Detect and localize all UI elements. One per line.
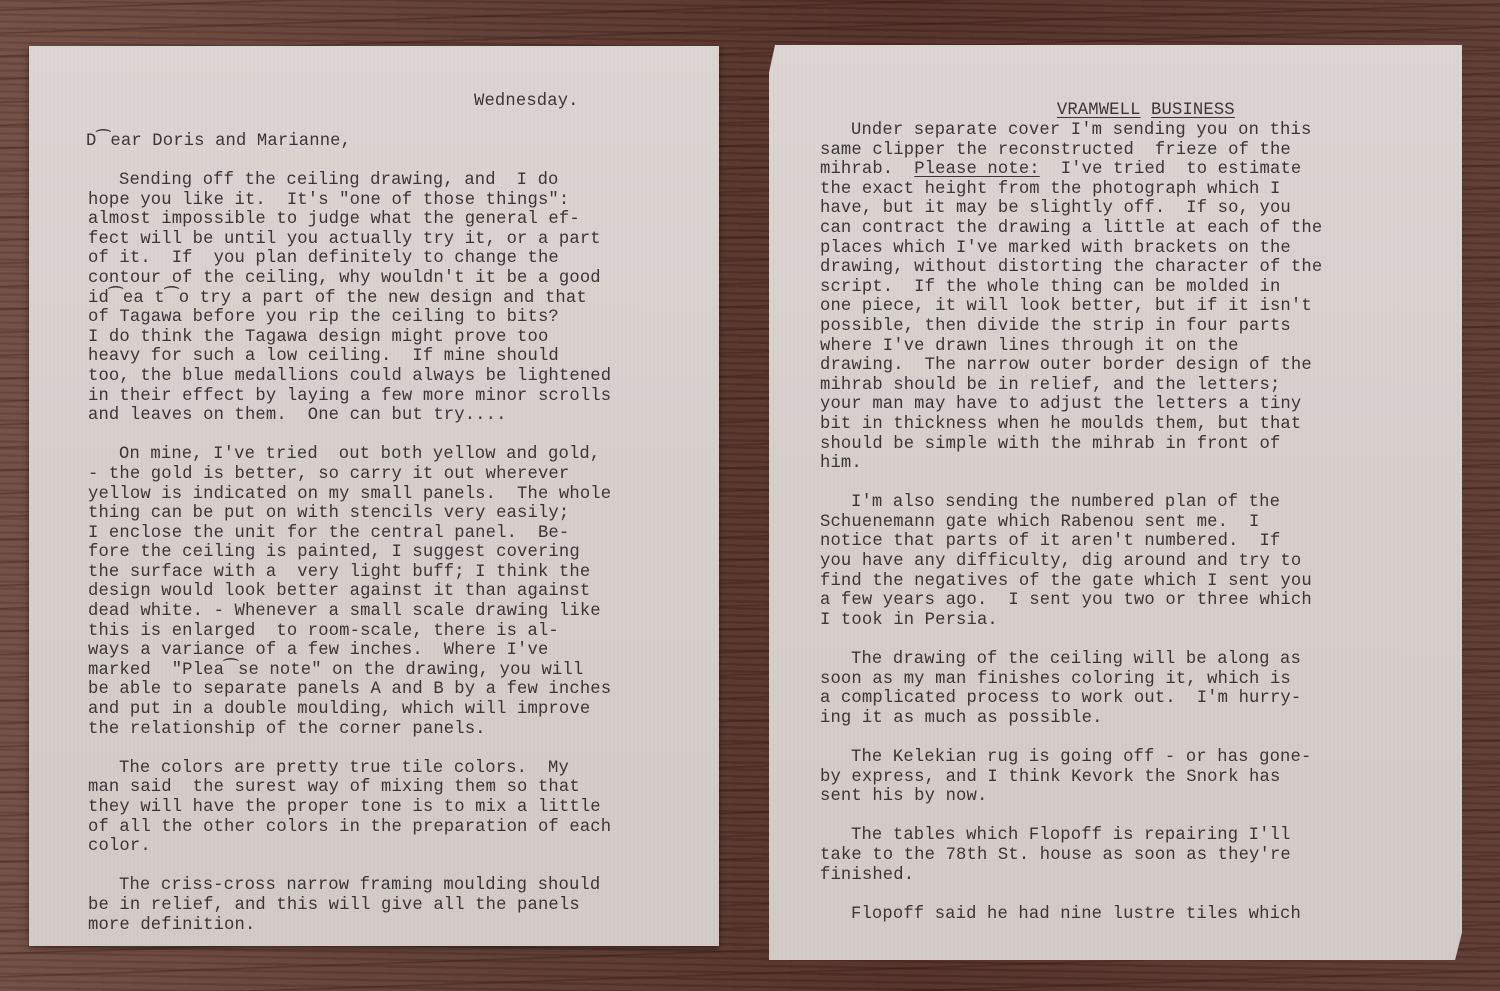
text-line: same clipper the reconstructed frieze of… [820,141,1450,161]
text-line: should be simple with the mihrab in fron… [820,435,1450,455]
text-line: your man may have to adjust the letters … [820,395,1450,415]
text-line: of it. If you plan definitely to change … [88,249,708,269]
text-line: drawing, without distorting the characte… [820,258,1450,278]
heading-word: BUSINESS [1151,101,1235,120]
text-line: take to the 78th St. house as soon as th… [820,846,1450,866]
text-line: man said the surest way of mixing them s… [88,778,708,798]
text-line: the surface with a very light buff; I th… [88,563,708,583]
text-line: yellow is indicated on my small panels. … [88,485,708,505]
text-line: id⁀ea t⁀o try a part of the new design a… [88,289,708,309]
text-line: marked "Plea⁀se note" on the drawing, yo… [88,661,708,681]
text-line: and leaves on them. One can but try.... [88,406,708,426]
text-line: - the gold is better, so carry it out wh… [88,465,708,485]
text-line: and put in a double moulding, which will… [88,700,708,720]
text-line: by express, and I think Kevork the Snork… [820,768,1450,788]
text-line: Under separate cover I'm sending you on … [820,121,1450,141]
paragraph: Flopoff said he had nine lustre tiles wh… [820,905,1450,925]
text-line: The drawing of the ceiling will be along… [820,650,1450,670]
text-line: soon as my man finishes coloring it, whi… [820,670,1450,690]
letter-date: Wednesday. [474,92,579,112]
paragraph: I'm also sending the numbered plan of th… [820,493,1450,630]
letter-page-right: VRAMWELL BUSINESS Under separate cover I… [769,45,1462,960]
text-line: I took in Persia. [820,611,1450,631]
text-line: drawing. The narrow outer border design … [820,356,1450,376]
text-line: the exact height from the photograph whi… [820,180,1450,200]
text-line: The colors are pretty true tile colors. … [88,759,708,779]
text-line: can contract the drawing a little at eac… [820,219,1450,239]
text-line: The Kelekian rug is going off - or has g… [820,748,1450,768]
text-line: The tables which Flopoff is repairing I'… [820,826,1450,846]
letter-page-left: Wednesday. D⁀ear Doris and Marianne, Sen… [29,46,719,946]
paragraph: On mine, I've tried out both yellow and … [88,445,708,739]
paragraph: The drawing of the ceiling will be along… [820,650,1450,728]
paragraph: The criss-cross narrow framing moulding … [88,876,708,935]
text-line: one piece, it will look better, but if i… [820,297,1450,317]
letter-body-left: Sending off the ceiling drawing, and I d… [88,171,708,955]
text-line: heavy for such a low ceiling. If mine sh… [88,347,708,367]
text-line: they will have the proper tone is to mix… [88,798,708,818]
text-line: places which I've marked with brackets o… [820,239,1450,259]
paragraph: The colors are pretty true tile colors. … [88,759,708,857]
text-line: fect will be until you actually try it, … [88,230,708,250]
text-line: more definition. [88,916,708,936]
text-line: On mine, I've tried out both yellow and … [88,445,708,465]
text-line: bit in thickness when he moulds them, bu… [820,415,1450,435]
text-line: of all the other colors in the preparati… [88,818,708,838]
paragraph: Sending off the ceiling drawing, and I d… [88,171,708,426]
text-line: sent his by now. [820,787,1450,807]
text-line: you have any difficulty, dig around and … [820,552,1450,572]
text-line: be able to separate panels A and B by a … [88,680,708,700]
text-line: contour of the ceiling, why wouldn't it … [88,269,708,289]
text-line: I do think the Tagawa design might prove… [88,328,708,348]
text-line: hope you like it. It's "one of those thi… [88,191,708,211]
text-line: finished. [820,866,1450,886]
text-line: of Tagawa before you rip the ceiling to … [88,308,708,328]
text-line: have, but it may be slightly off. If so,… [820,199,1450,219]
text-line: design would look better against it than… [88,582,708,602]
text-line: too, the blue medallions could always be… [88,367,708,387]
text-line: fore the ceiling is painted, I suggest c… [88,543,708,563]
text-line: mihrab should be in relief, and the lett… [820,376,1450,396]
text-line: Sending off the ceiling drawing, and I d… [88,171,708,191]
text-line: ways a variance of a few inches. Where I… [88,641,708,661]
text-line: The criss-cross narrow framing moulding … [88,876,708,896]
text-line: where I've drawn lines through it on the [820,337,1450,357]
text-line: Flopoff said he had nine lustre tiles wh… [820,905,1450,925]
text-line: possible, then divide the strip in four … [820,317,1450,337]
text-line: mihrab. Please note: I've tried to estim… [820,160,1450,180]
paragraph: The tables which Flopoff is repairing I'… [820,826,1450,885]
paragraph: The Kelekian rug is going off - or has g… [820,748,1450,807]
text-line: notice that parts of it aren't numbered.… [820,532,1450,552]
letter-body-right: Under separate cover I'm sending you on … [820,121,1450,944]
text-line: him. [820,454,1450,474]
text-line: ing it as much as possible. [820,709,1450,729]
text-line: I'm also sending the numbered plan of th… [820,493,1450,513]
text-line: this is enlarged to room-scale, there is… [88,622,708,642]
text-line: color. [88,837,708,857]
text-line: in their effect by laying a few more min… [88,387,708,407]
text-line: Schuenemann gate which Rabenou sent me. … [820,513,1450,533]
text-line: find the negatives of the gate which I s… [820,572,1450,592]
paragraph: Under separate cover I'm sending you on … [820,121,1450,474]
text-line: be in relief, and this will give all the… [88,896,708,916]
heading-word: VRAMWELL [1057,101,1141,120]
text-line: a few years ago. I sent you two or three… [820,591,1450,611]
text-line: the relationship of the corner panels. [88,720,708,740]
text-line: script. If the whole thing can be molded… [820,278,1450,298]
text-line: almost impossible to judge what the gene… [88,210,708,230]
text-line: thing can be put on with stencils very e… [88,504,708,524]
text-line: a complicated process to work out. I'm h… [820,689,1450,709]
letter-salutation: D⁀ear Doris and Marianne, [86,132,351,152]
text-line: dead white. - Whenever a small scale dra… [88,602,708,622]
text-line: I enclose the unit for the central panel… [88,524,708,544]
underlined-phrase: Please note: [914,160,1040,179]
